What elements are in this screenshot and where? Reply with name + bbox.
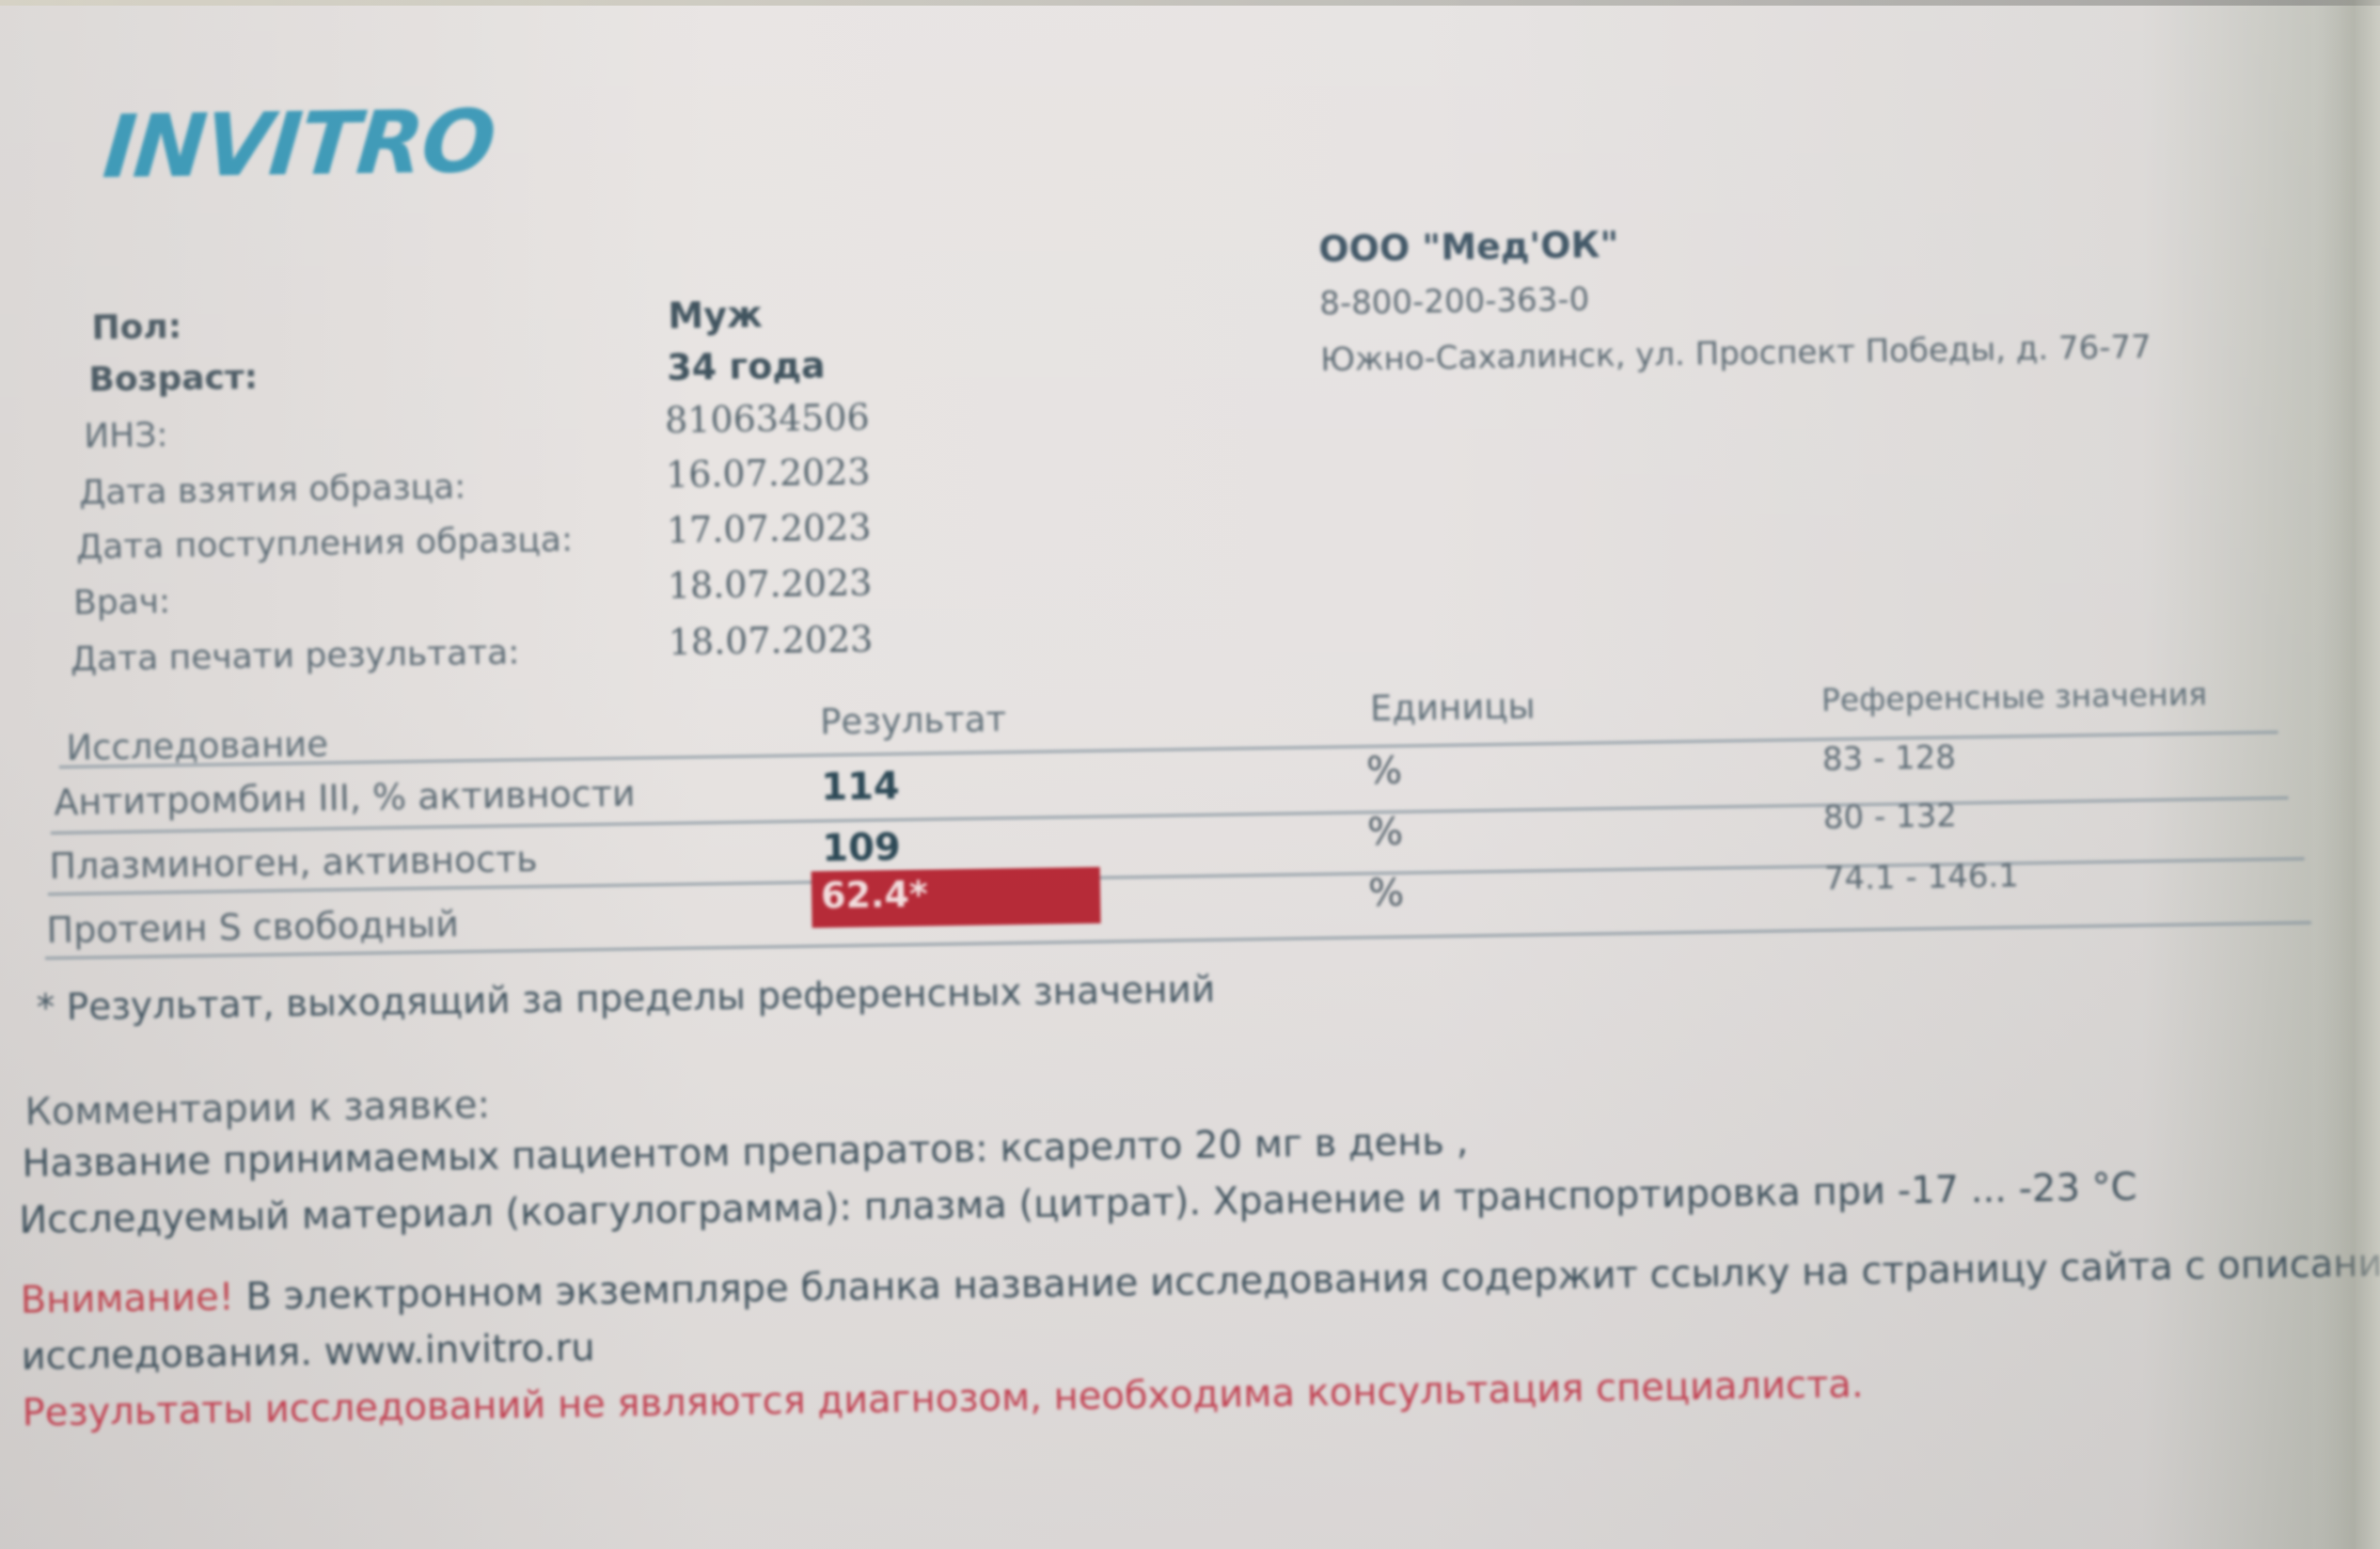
label-doctor: Врач: (73, 582, 171, 623)
row-result-flagged: 62.4* (821, 874, 928, 917)
value-doctor: 18.07.2023 (668, 562, 873, 607)
warning-label: Внимание! (20, 1275, 234, 1322)
value-inz: 810634506 (665, 397, 870, 441)
value-age: 34 года (667, 344, 826, 388)
company-address: Южно-Сахалинск, ул. Проспект Победы, д. … (1320, 328, 2151, 379)
row-result: 114 (821, 765, 900, 809)
header-units: Единицы (1370, 686, 1536, 729)
label-received-date: Дата поступления образца: (76, 521, 574, 567)
comments-title: Комментарии к заявке: (24, 1083, 490, 1134)
lab-result-sheet: INVITRO Пол: Муж Возраст: 34 года ИНЗ: 8… (0, 0, 2380, 1549)
row-reference: 74.1 - 146.1 (1824, 857, 2020, 897)
row-units: % (1368, 872, 1405, 916)
paper-edge-shadow (2314, 0, 2380, 1549)
value-print-date: 18.07.2023 (668, 619, 873, 663)
row-result: 109 (822, 826, 901, 870)
warning-line: Внимание! В электронном экземпляре бланк… (20, 1241, 2380, 1322)
value-sex: Муж (668, 293, 763, 337)
company-phone: 8-800-200-363-0 (1319, 280, 1590, 323)
warning-text: В электронном экземпляре бланка название… (233, 1241, 2380, 1320)
label-inz: ИНЗ: (84, 416, 168, 455)
row-test-name: Антитромбин III, % активности (54, 772, 636, 823)
label-sample-date: Дата взятия образца: (79, 467, 466, 512)
out-of-range-footnote: * Результат, выходящий за пределы рефере… (36, 969, 1215, 1030)
header-reference: Референсные значения (1821, 675, 2208, 718)
label-print-date: Дата печати результата: (71, 633, 520, 678)
label-sex: Пол: (91, 308, 181, 347)
row-test-name: Протеин S свободный (46, 903, 459, 951)
label-age: Возраст: (88, 358, 258, 400)
header-result: Результат (820, 699, 1007, 742)
row-units: % (1367, 811, 1404, 855)
row-test-name: Плазминоген, активность (49, 838, 538, 887)
row-reference: 83 - 128 (1822, 738, 1957, 778)
row-reference: 80 - 132 (1823, 797, 1958, 836)
warning-link-line: исследования. www.invitro.ru (21, 1326, 595, 1379)
value-received-date: 17.07.2023 (667, 507, 872, 551)
company-name: ООО "Мед'ОК" (1318, 224, 1619, 270)
row-units: % (1366, 750, 1403, 794)
invitro-logo: INVITRO (100, 91, 498, 198)
value-sample-date: 16.07.2023 (666, 451, 871, 496)
